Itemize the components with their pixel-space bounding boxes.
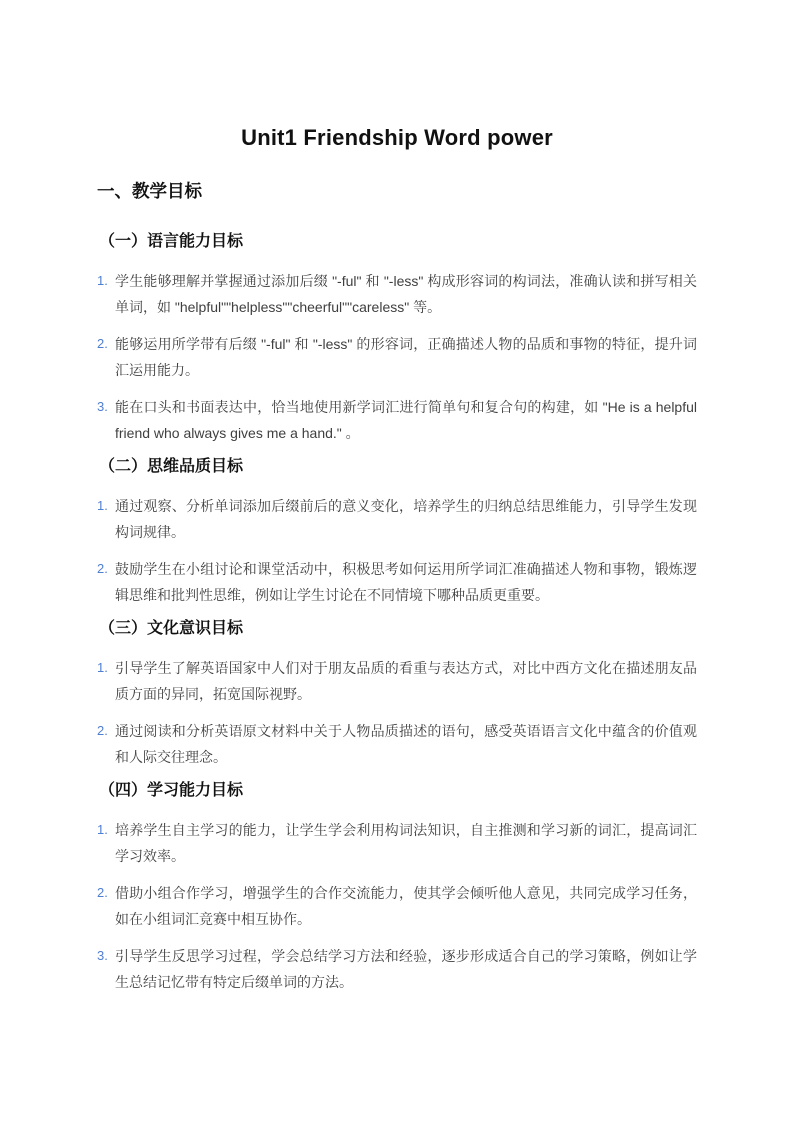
section-thinking-quality: （二）思维品质目标 通过观察、分析单词添加后缀前后的意义变化，培养学生的归纳总结… — [97, 457, 697, 608]
list-item-text: 能在口头和书面表达中，恰当地使用新学词汇进行简单句和复合句的构建，如 "He i… — [115, 399, 697, 441]
objective-list-culture: 引导学生了解英语国家中人们对于朋友品质的看重与表达方式，对比中西方文化在描述朋友… — [97, 655, 697, 770]
section-heading-culture: （三）文化意识目标 — [97, 619, 697, 638]
list-item-text: 借助小组合作学习，增强学生的合作交流能力，使其学会倾听他人意见，共同完成学习任务… — [115, 885, 697, 927]
section-cultural-awareness: （三）文化意识目标 引导学生了解英语国家中人们对于朋友品质的看重与表达方式，对比… — [97, 619, 697, 770]
list-item: 能够运用所学带有后缀 "-ful" 和 "-less" 的形容词，正确描述人物的… — [97, 331, 697, 383]
list-item: 学生能够理解并掌握通过添加后缀 "-ful" 和 "-less" 构成形容词的构… — [97, 268, 697, 320]
objective-list-learning: 培养学生自主学习的能力，让学生学会利用构词法知识，自主推测和学习新的词汇，提高词… — [97, 817, 697, 995]
section-learning-ability: （四）学习能力目标 培养学生自主学习的能力，让学生学会利用构词法知识，自主推测和… — [97, 781, 697, 995]
list-item: 引导学生反思学习过程，学会总结学习方法和经验，逐步形成适合自己的学习策略，例如让… — [97, 943, 697, 995]
objective-list-thinking: 通过观察、分析单词添加后缀前后的意义变化，培养学生的归纳总结思维能力，引导学生发… — [97, 493, 697, 608]
section-language-ability: （一）语言能力目标 学生能够理解并掌握通过添加后缀 "-ful" 和 "-les… — [97, 232, 697, 446]
list-item: 能在口头和书面表达中，恰当地使用新学词汇进行简单句和复合句的构建，如 "He i… — [97, 394, 697, 446]
list-item: 通过阅读和分析英语原文材料中关于人物品质描述的语句，感受英语语言文化中蕴含的价值… — [97, 718, 697, 770]
list-item: 鼓励学生在小组讨论和课堂活动中，积极思考如何运用所学词汇准确描述人物和事物，锻炼… — [97, 556, 697, 608]
list-item-text: 通过阅读和分析英语原文材料中关于人物品质描述的语句，感受英语语言文化中蕴含的价值… — [115, 723, 697, 765]
list-item-text: 引导学生反思学习过程，学会总结学习方法和经验，逐步形成适合自己的学习策略，例如让… — [115, 948, 697, 990]
list-item-text: 能够运用所学带有后缀 "-ful" 和 "-less" 的形容词，正确描述人物的… — [115, 336, 697, 378]
list-item: 通过观察、分析单词添加后缀前后的意义变化，培养学生的归纳总结思维能力，引导学生发… — [97, 493, 697, 545]
section-heading-learning: （四）学习能力目标 — [97, 781, 697, 800]
section-heading-thinking: （二）思维品质目标 — [97, 457, 697, 476]
document-page: Unit1 Friendship Word power 一、教学目标 （一）语言… — [0, 0, 794, 1123]
section-heading-language: （一）语言能力目标 — [97, 232, 697, 251]
list-item-text: 鼓励学生在小组讨论和课堂活动中，积极思考如何运用所学词汇准确描述人物和事物，锻炼… — [115, 561, 697, 603]
list-item-text: 学生能够理解并掌握通过添加后缀 "-ful" 和 "-less" 构成形容词的构… — [115, 273, 697, 315]
list-item: 引导学生了解英语国家中人们对于朋友品质的看重与表达方式，对比中西方文化在描述朋友… — [97, 655, 697, 707]
list-item-text: 培养学生自主学习的能力，让学生学会利用构词法知识，自主推测和学习新的词汇，提高词… — [115, 822, 697, 864]
list-item: 借助小组合作学习，增强学生的合作交流能力，使其学会倾听他人意见，共同完成学习任务… — [97, 880, 697, 932]
list-item-text: 引导学生了解英语国家中人们对于朋友品质的看重与表达方式，对比中西方文化在描述朋友… — [115, 660, 697, 702]
objective-list-language: 学生能够理解并掌握通过添加后缀 "-ful" 和 "-less" 构成形容词的构… — [97, 268, 697, 446]
list-item: 培养学生自主学习的能力，让学生学会利用构词法知识，自主推测和学习新的词汇，提高词… — [97, 817, 697, 869]
main-heading: 一、教学目标 — [97, 181, 697, 202]
page-title: Unit1 Friendship Word power — [97, 125, 697, 151]
list-item-text: 通过观察、分析单词添加后缀前后的意义变化，培养学生的归纳总结思维能力，引导学生发… — [115, 498, 697, 540]
